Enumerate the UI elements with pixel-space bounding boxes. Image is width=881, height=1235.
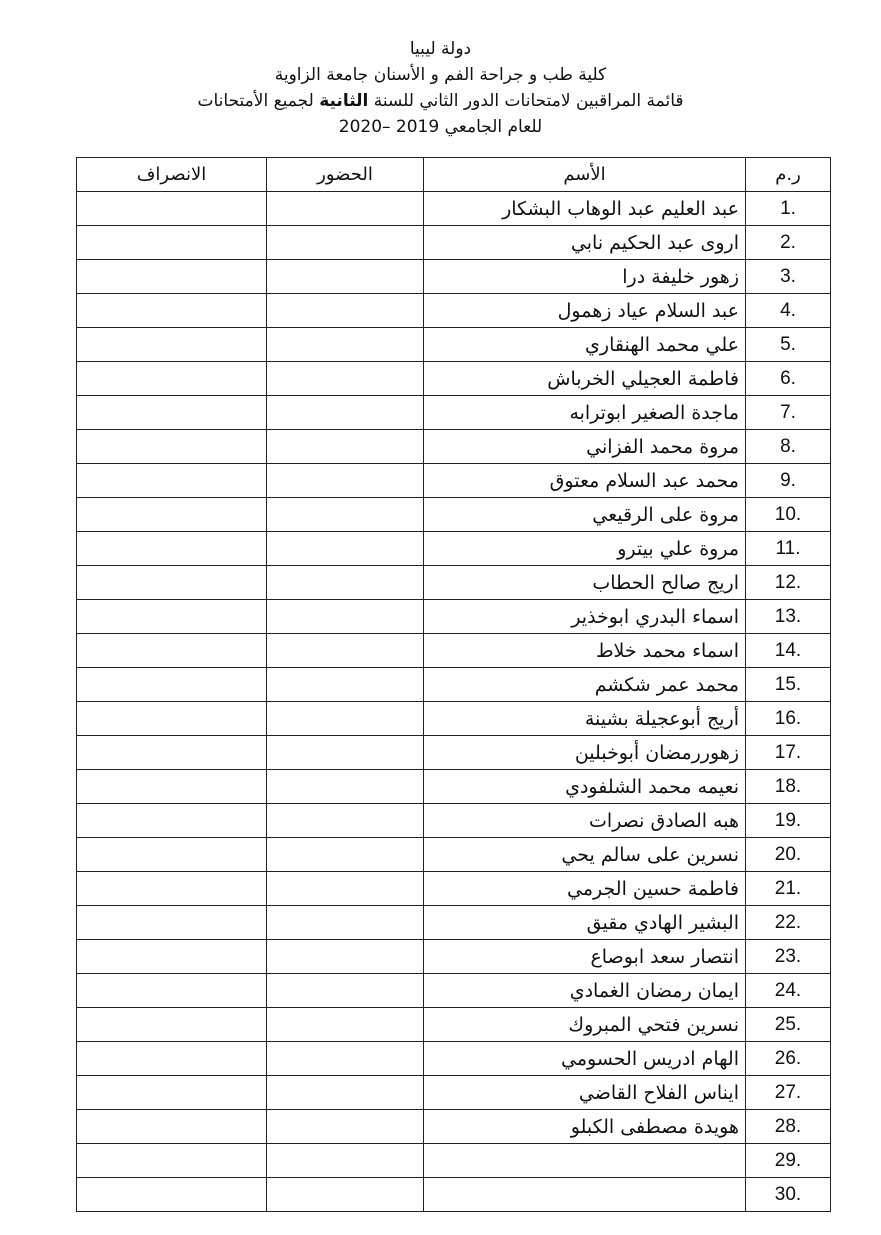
table-row: 18.نعيمه محمد الشلفودي <box>77 770 831 804</box>
row-attendance-cell <box>267 328 424 362</box>
row-name: زهور خليفة درا <box>424 260 746 294</box>
row-number: 19. <box>746 804 831 838</box>
row-departure-cell <box>77 328 267 362</box>
row-name: ايناس الفلاح القاضي <box>424 1076 746 1110</box>
row-name: نسرين فتحي المبروك <box>424 1008 746 1042</box>
table-header-row: ر.م الأسم الحضور الانصراف <box>77 158 831 192</box>
row-departure-cell <box>77 1076 267 1110</box>
table-row: 3.زهور خليفة درا <box>77 260 831 294</box>
row-number: 5. <box>746 328 831 362</box>
row-name: ماجدة الصغير ابوترابه <box>424 396 746 430</box>
row-attendance-cell <box>267 396 424 430</box>
row-name: نعيمه محمد الشلفودي <box>424 770 746 804</box>
row-attendance-cell <box>267 260 424 294</box>
row-name: هبه الصادق نصرات <box>424 804 746 838</box>
row-number: 30. <box>746 1178 831 1212</box>
row-departure-cell <box>77 634 267 668</box>
row-number: 21. <box>746 872 831 906</box>
table-row: 22.البشير الهادي مقيق <box>77 906 831 940</box>
row-attendance-cell <box>267 736 424 770</box>
row-departure-cell <box>77 1144 267 1178</box>
row-number: 10. <box>746 498 831 532</box>
row-number: 26. <box>746 1042 831 1076</box>
row-number: 14. <box>746 634 831 668</box>
row-attendance-cell <box>267 1076 424 1110</box>
row-attendance-cell <box>267 1008 424 1042</box>
list-title-part1: قائمة المراقبين لامتحانات الدور الثاني ل… <box>368 91 683 111</box>
row-number: 4. <box>746 294 831 328</box>
table-row: 14.اسماء محمد خلاط <box>77 634 831 668</box>
row-departure-cell <box>77 362 267 396</box>
row-departure-cell <box>77 464 267 498</box>
row-departure-cell <box>77 702 267 736</box>
row-number: 1. <box>746 192 831 226</box>
row-number: 27. <box>746 1076 831 1110</box>
row-name: مروة علي بيترو <box>424 532 746 566</box>
list-title-part2: لجميع الأمتحانات <box>197 91 319 111</box>
row-departure-cell <box>77 498 267 532</box>
academic-year: للعام الجامعي 2019 –2020 <box>0 114 881 140</box>
row-departure-cell <box>77 940 267 974</box>
row-number: 22. <box>746 906 831 940</box>
row-number: 2. <box>746 226 831 260</box>
proctors-table: ر.م الأسم الحضور الانصراف 1.عبد العليم ع… <box>76 157 831 1212</box>
row-attendance-cell <box>267 770 424 804</box>
row-attendance-cell <box>267 566 424 600</box>
row-number: 13. <box>746 600 831 634</box>
table-row: 29. <box>77 1144 831 1178</box>
row-name: محمد عبد السلام معتوق <box>424 464 746 498</box>
row-name: اسماء محمد خلاط <box>424 634 746 668</box>
row-name: اروى عبد الحكيم نابي <box>424 226 746 260</box>
row-departure-cell <box>77 872 267 906</box>
row-attendance-cell <box>267 702 424 736</box>
row-departure-cell <box>77 430 267 464</box>
table-row: 23.انتصار سعد ابوصاع <box>77 940 831 974</box>
row-number: 23. <box>746 940 831 974</box>
row-name: فاطمة حسين الجرمي <box>424 872 746 906</box>
row-departure-cell <box>77 260 267 294</box>
row-attendance-cell <box>267 1144 424 1178</box>
row-attendance-cell <box>267 668 424 702</box>
table-row: 15.محمد عمر شكشم <box>77 668 831 702</box>
row-name: هويدة مصطفى الكبلو <box>424 1110 746 1144</box>
row-attendance-cell <box>267 600 424 634</box>
row-departure-cell <box>77 226 267 260</box>
row-attendance-cell <box>267 634 424 668</box>
row-number: 28. <box>746 1110 831 1144</box>
row-number: 24. <box>746 974 831 1008</box>
table-row: 21.فاطمة حسين الجرمي <box>77 872 831 906</box>
row-departure-cell <box>77 770 267 804</box>
table-row: 27.ايناس الفلاح القاضي <box>77 1076 831 1110</box>
row-attendance-cell <box>267 1042 424 1076</box>
row-departure-cell <box>77 974 267 1008</box>
list-title: قائمة المراقبين لامتحانات الدور الثاني ل… <box>0 88 881 114</box>
row-departure-cell <box>77 1178 267 1212</box>
row-name: علي محمد الهنقاري <box>424 328 746 362</box>
row-name <box>424 1178 746 1212</box>
row-attendance-cell <box>267 294 424 328</box>
row-name: أريج أبوعجيلة بشينة <box>424 702 746 736</box>
row-departure-cell <box>77 1008 267 1042</box>
document-header: دولة ليبيا كلية طب و جراحة الفم و الأسنا… <box>0 36 881 140</box>
row-departure-cell <box>77 668 267 702</box>
row-attendance-cell <box>267 498 424 532</box>
row-attendance-cell <box>267 464 424 498</box>
table-row: 11.مروة علي بيترو <box>77 532 831 566</box>
row-name: نسرين على سالم يحي <box>424 838 746 872</box>
row-name: اريج صالح الحطاب <box>424 566 746 600</box>
row-departure-cell <box>77 566 267 600</box>
table-row: 13.اسماء البدري ابوخذير <box>77 600 831 634</box>
row-name: مروة محمد الفزاني <box>424 430 746 464</box>
row-departure-cell <box>77 532 267 566</box>
table-row: 24.ايمان رمضان الغمادي <box>77 974 831 1008</box>
row-attendance-cell <box>267 430 424 464</box>
row-name: انتصار سعد ابوصاع <box>424 940 746 974</box>
row-number: 9. <box>746 464 831 498</box>
table-row: 30. <box>77 1178 831 1212</box>
column-header-attendance: الحضور <box>267 158 424 192</box>
table-row: 16.أريج أبوعجيلة بشينة <box>77 702 831 736</box>
row-attendance-cell <box>267 872 424 906</box>
row-number: 3. <box>746 260 831 294</box>
row-departure-cell <box>77 906 267 940</box>
list-title-year-bold: الثانية <box>319 91 368 111</box>
row-number: 6. <box>746 362 831 396</box>
table-row: 8.مروة محمد الفزاني <box>77 430 831 464</box>
row-name: مروة على الرقيعي <box>424 498 746 532</box>
table-row: 1.عبد العليم عبد الوهاب البشكار <box>77 192 831 226</box>
table-row: 5.علي محمد الهنقاري <box>77 328 831 362</box>
row-attendance-cell <box>267 804 424 838</box>
row-departure-cell <box>77 804 267 838</box>
row-attendance-cell <box>267 532 424 566</box>
row-name: الهام ادريس الحسومي <box>424 1042 746 1076</box>
row-number: 18. <box>746 770 831 804</box>
row-number: 8. <box>746 430 831 464</box>
row-departure-cell <box>77 192 267 226</box>
row-attendance-cell <box>267 226 424 260</box>
row-name: محمد عمر شكشم <box>424 668 746 702</box>
row-name: زهوررمضان أبوخبلين <box>424 736 746 770</box>
row-number: 20. <box>746 838 831 872</box>
row-name: ايمان رمضان الغمادي <box>424 974 746 1008</box>
table-row: 25.نسرين فتحي المبروك <box>77 1008 831 1042</box>
row-departure-cell <box>77 736 267 770</box>
row-number: 11. <box>746 532 831 566</box>
row-departure-cell <box>77 294 267 328</box>
table-body: 1.عبد العليم عبد الوهاب البشكار2.اروى عب… <box>77 192 831 1212</box>
row-name: اسماء البدري ابوخذير <box>424 600 746 634</box>
row-attendance-cell <box>267 1178 424 1212</box>
row-number: 12. <box>746 566 831 600</box>
row-departure-cell <box>77 1042 267 1076</box>
row-attendance-cell <box>267 974 424 1008</box>
row-name: عبد العليم عبد الوهاب البشكار <box>424 192 746 226</box>
row-attendance-cell <box>267 906 424 940</box>
row-name: البشير الهادي مقيق <box>424 906 746 940</box>
row-name: فاطمة العجيلي الخرباش <box>424 362 746 396</box>
row-attendance-cell <box>267 838 424 872</box>
table-row: 17.زهوررمضان أبوخبلين <box>77 736 831 770</box>
row-number: 7. <box>746 396 831 430</box>
table-row: 6.فاطمة العجيلي الخرباش <box>77 362 831 396</box>
row-number: 15. <box>746 668 831 702</box>
column-header-departure: الانصراف <box>77 158 267 192</box>
table-row: 2.اروى عبد الحكيم نابي <box>77 226 831 260</box>
table-row: 4.عبد السلام عياد زهمول <box>77 294 831 328</box>
table-row: 20.نسرين على سالم يحي <box>77 838 831 872</box>
table-row: 7.ماجدة الصغير ابوترابه <box>77 396 831 430</box>
row-departure-cell <box>77 1110 267 1144</box>
column-header-name: الأسم <box>424 158 746 192</box>
row-number: 17. <box>746 736 831 770</box>
column-header-number: ر.م <box>746 158 831 192</box>
country-title: دولة ليبيا <box>0 36 881 62</box>
row-departure-cell <box>77 838 267 872</box>
table-row: 9.محمد عبد السلام معتوق <box>77 464 831 498</box>
faculty-title: كلية طب و جراحة الفم و الأسنان جامعة الز… <box>0 62 881 88</box>
row-number: 16. <box>746 702 831 736</box>
row-attendance-cell <box>267 362 424 396</box>
row-number: 29. <box>746 1144 831 1178</box>
table-row: 12.اريج صالح الحطاب <box>77 566 831 600</box>
row-attendance-cell <box>267 1110 424 1144</box>
row-attendance-cell <box>267 192 424 226</box>
row-number: 25. <box>746 1008 831 1042</box>
row-departure-cell <box>77 600 267 634</box>
table-row: 10.مروة على الرقيعي <box>77 498 831 532</box>
row-attendance-cell <box>267 940 424 974</box>
row-name: عبد السلام عياد زهمول <box>424 294 746 328</box>
row-departure-cell <box>77 396 267 430</box>
table-row: 19.هبه الصادق نصرات <box>77 804 831 838</box>
table-row: 26.الهام ادريس الحسومي <box>77 1042 831 1076</box>
table-row: 28.هويدة مصطفى الكبلو <box>77 1110 831 1144</box>
row-name <box>424 1144 746 1178</box>
